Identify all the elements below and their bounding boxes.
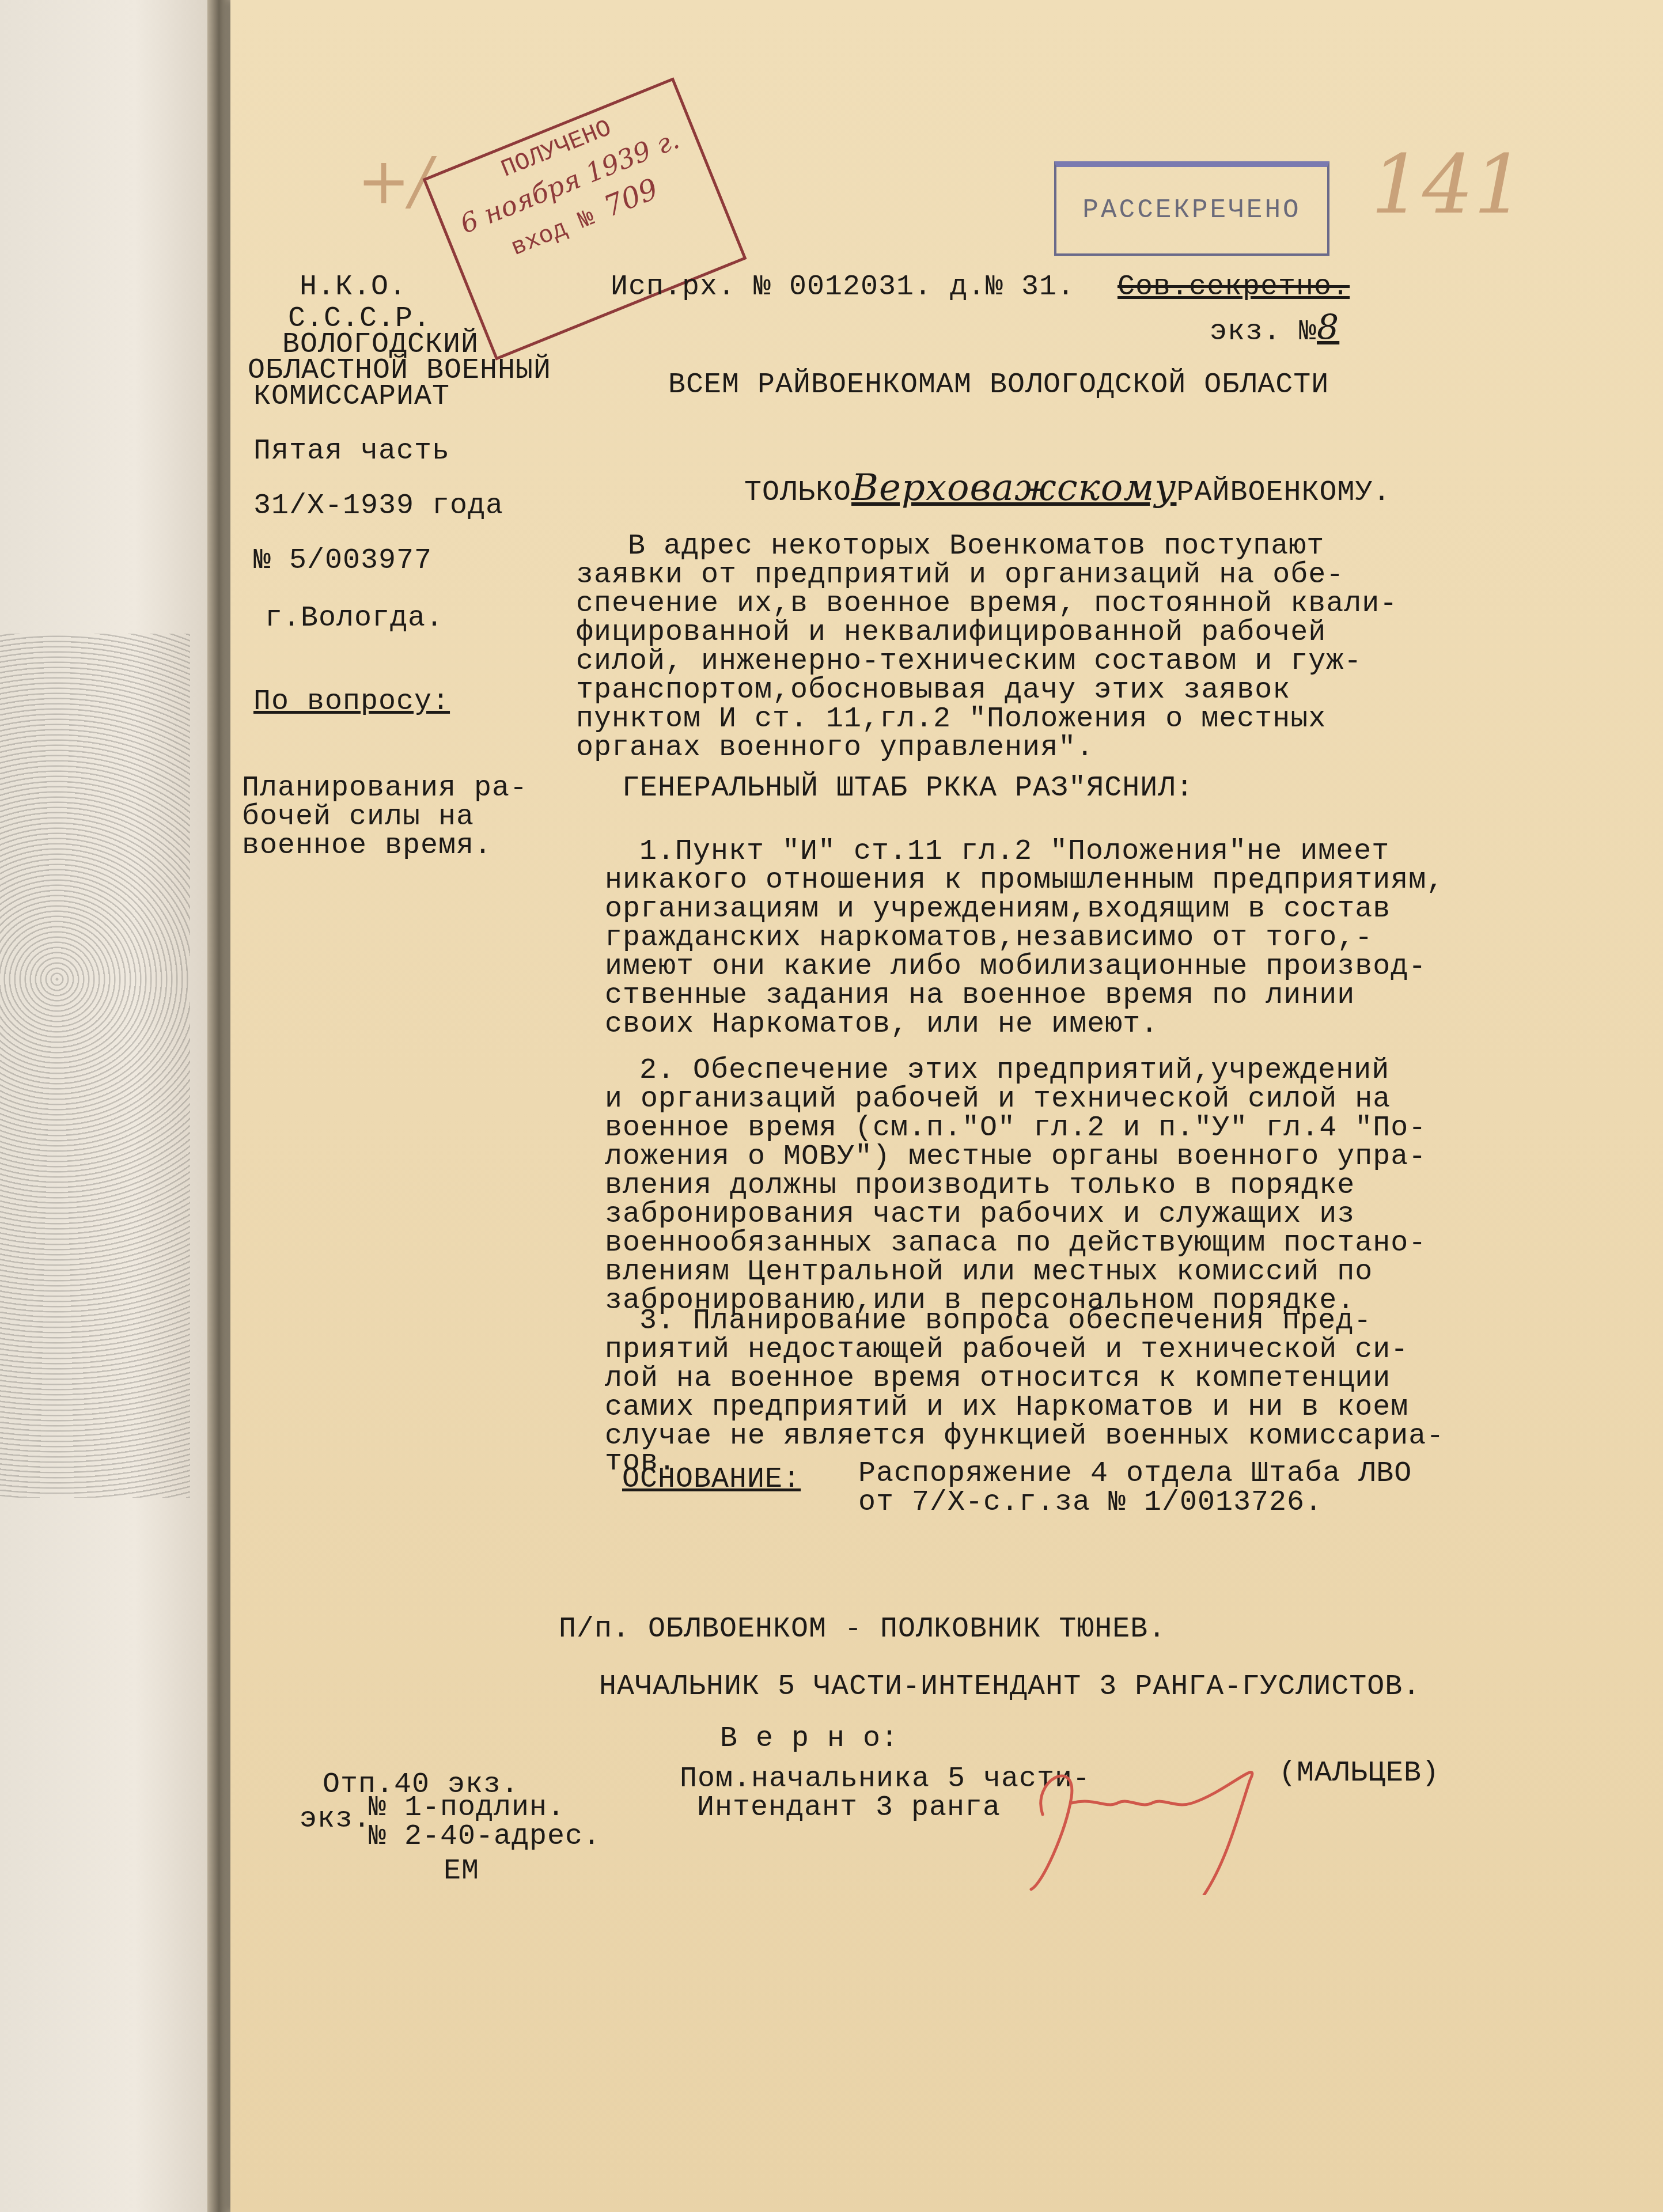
- reference-line: Исп.рх. № 0012031. д.№ 31.: [611, 271, 1075, 304]
- org-line: Н.К.О.: [300, 271, 407, 304]
- intro-line: органах военного управления".: [576, 732, 1094, 765]
- assistant-title-2: Интендант 3 ранга: [697, 1791, 1001, 1825]
- body-heading: ГЕНЕРАЛЬНЫЙ ШТАБ РККА РАЗ"ЯСНИЛ:: [622, 772, 1194, 805]
- point-1-line: своих Наркоматов, или не имеют.: [605, 1008, 1158, 1041]
- handwritten-signature: [1008, 1745, 1308, 1897]
- point-3-line: случае не является функцией военных коми…: [605, 1420, 1444, 1453]
- subject-label: По вопросу:: [253, 685, 450, 719]
- basis-label: ОСНОВАНИЕ:: [622, 1463, 801, 1497]
- copy-number: экз. №8: [1210, 311, 1339, 349]
- copy-label: экз.: [300, 1803, 371, 1836]
- handwritten-page-number: 141: [1371, 138, 1525, 232]
- subject-line: военное время.: [242, 829, 492, 863]
- typist-initials: ЕМ: [444, 1855, 479, 1888]
- classification: Сов.секретно.: [1117, 271, 1350, 304]
- verified-label: В е р н о:: [720, 1722, 899, 1756]
- binding-spine: [207, 0, 230, 2212]
- document-number: № 5/003977: [253, 544, 432, 578]
- org-line: КОМИССАРИАТ: [253, 380, 450, 414]
- page-bleed-through: [0, 634, 190, 1498]
- handwritten-mark: +/: [357, 144, 431, 218]
- addressee-line: ВСЕМ РАЙВОЕНКОМАМ ВОЛОГОДСКОЙ ОБЛАСТИ: [668, 369, 1329, 402]
- department: Пятая часть: [253, 435, 450, 468]
- basis-line: от 7/X-с.г.за № 1/0013726.: [858, 1486, 1323, 1520]
- declassified-stamp: РАССЕКРЕЧЕНО: [1054, 161, 1329, 256]
- previous-page-edge: [0, 0, 225, 2212]
- distribution-2: № 2-40-адрес.: [369, 1820, 601, 1854]
- document-date: 31/X-1939 года: [253, 490, 503, 523]
- city: г.Вологда.: [265, 602, 444, 635]
- addressee-line-2: ТОЛЬКОВерховажскомуРАЙВОЕНКОМУ.: [709, 438, 1391, 510]
- signature-line-2: НАЧАЛЬНИК 5 ЧАСТИ-ИНТЕНДАНТ 3 РАНГА-ГУСЛ…: [599, 1671, 1420, 1704]
- signature-line-1: П/п. ОБЛВОЕНКОМ - ПОЛКОВНИК ТЮНЕВ.: [559, 1613, 1166, 1646]
